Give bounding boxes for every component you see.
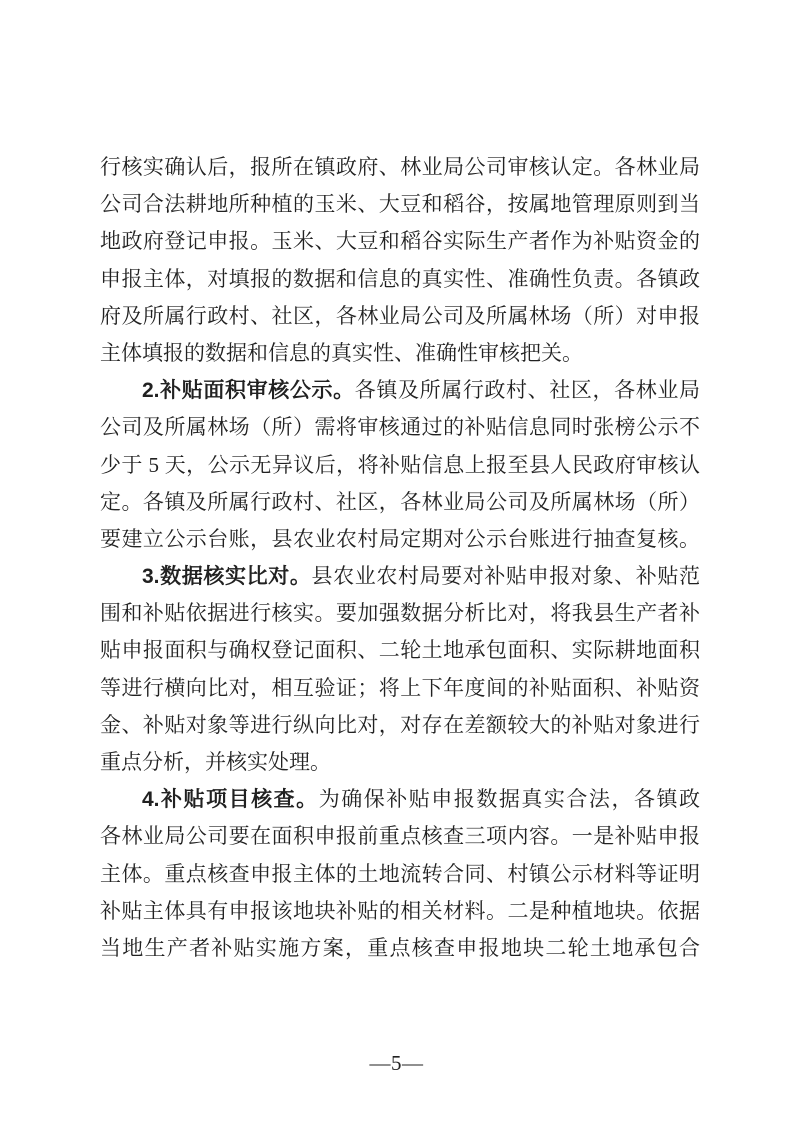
text-line: 主体。重点核查申报主体的土地流转合同、村镇公示材料等证明 — [100, 856, 700, 893]
text-line: 各林业局公司要在面积申报前重点核查三项内容。一是补贴申报 — [100, 818, 700, 855]
text-line: 贴申报面积与确权登记面积、二轮土地承包面积、实际耕地面积 — [100, 632, 700, 669]
line-text: 当地生产者补贴实施方案，重点核查申报地块二轮土地承包合 — [100, 936, 700, 960]
line-text: 主体填报的数据和信息的真实性、准确性审核把关。 — [100, 341, 583, 365]
line-text: 贴申报面积与确权登记面积、二轮土地承包面积、实际耕地面积 — [100, 638, 700, 662]
text-line: 等进行横向比对，相互验证；将上下年度间的补贴面积、补贴资 — [100, 670, 700, 707]
text-line: 补贴主体具有申报该地块补贴的相关材料。二是种植地块。依据 — [100, 893, 700, 930]
text-line: 少于 5 天，公示无异议后，将补贴信息上报至县人民政府审核认 — [100, 447, 700, 484]
line-text: 公司合法耕地所种植的玉米、大豆和稻谷，按属地管理原则到当 — [100, 192, 700, 216]
line-text: 县农业农村局要对补贴申报对象、补贴范 — [311, 564, 700, 588]
text-line: 重点分析，并核实处理。 — [100, 744, 700, 781]
line-text: 定。各镇及所属行政村、社区，各林业局公司及所属林场（所） — [100, 490, 700, 514]
line-text: 金、补贴对象等进行纵向比对，对存在差额较大的补贴对象进行 — [100, 713, 700, 737]
line-text: 围和补贴依据进行核实。要加强数据分析比对，将我县生产者补 — [100, 601, 700, 625]
line-text: 主体。重点核查申报主体的土地流转合同、村镇公示材料等证明 — [100, 862, 700, 886]
paragraph-lead: 3.数据核实比对。 — [142, 565, 311, 588]
line-text: 公司及所属林场（所）需将审核通过的补贴信息同时张榜公示不 — [100, 415, 700, 439]
text-line: 地政府登记申报。玉米、大豆和稻谷实际生产者作为补贴资金的 — [100, 223, 700, 260]
paragraph-lead: 2.补贴面积审核公示。 — [142, 379, 355, 402]
line-text: 各林业局公司要在面积申报前重点核查三项内容。一是补贴申报 — [100, 824, 700, 848]
text-line: 行核实确认后，报所在镇政府、林业局公司审核认定。各林业局 — [100, 149, 700, 186]
text-line-paragraph-start: 2.补贴面积审核公示。各镇及所属行政村、社区，各林业局 — [100, 372, 700, 409]
text-line: 公司合法耕地所种植的玉米、大豆和稻谷，按属地管理原则到当 — [100, 186, 700, 223]
text-line: 要建立公示台账，县农业农村局定期对公示台账进行抽查复核。 — [100, 521, 700, 558]
paragraph-lead: 4.补贴项目核查。 — [142, 788, 319, 811]
text-line-paragraph-start: 3.数据核实比对。县农业农村局要对补贴申报对象、补贴范 — [100, 558, 700, 595]
line-text: 少于 5 天，公示无异议后，将补贴信息上报至县人民政府审核认 — [100, 453, 700, 477]
line-text: 重点分析，并核实处理。 — [100, 750, 331, 774]
text-line: 申报主体，对填报的数据和信息的真实性、准确性负责。各镇政 — [100, 261, 700, 298]
line-text: 府及所属行政村、社区，各林业局公司及所属林场（所）对申报 — [100, 304, 700, 328]
document-text-block: 行核实确认后，报所在镇政府、林业局公司审核认定。各林业局 公司合法耕地所种植的玉… — [100, 149, 700, 967]
page-number: —5— — [0, 1052, 793, 1074]
document-page: 行核实确认后，报所在镇政府、林业局公司审核认定。各林业局 公司合法耕地所种植的玉… — [0, 0, 793, 1122]
text-line: 主体填报的数据和信息的真实性、准确性审核把关。 — [100, 335, 700, 372]
line-text: 行核实确认后，报所在镇政府、林业局公司审核认定。各林业局 — [100, 155, 700, 179]
line-text: 地政府登记申报。玉米、大豆和稻谷实际生产者作为补贴资金的 — [100, 229, 700, 253]
text-line: 当地生产者补贴实施方案，重点核查申报地块二轮土地承包合 — [100, 930, 700, 967]
text-line: 围和补贴依据进行核实。要加强数据分析比对，将我县生产者补 — [100, 595, 700, 632]
text-line: 府及所属行政村、社区，各林业局公司及所属林场（所）对申报 — [100, 298, 700, 335]
line-text: 各镇及所属行政村、社区，各林业局 — [355, 378, 700, 402]
line-text: 等进行横向比对，相互验证；将上下年度间的补贴面积、补贴资 — [100, 676, 700, 700]
text-line-paragraph-start: 4.补贴项目核查。为确保补贴申报数据真实合法，各镇政府、 — [100, 781, 700, 818]
text-line: 公司及所属林场（所）需将审核通过的补贴信息同时张榜公示不 — [100, 409, 700, 446]
text-line: 金、补贴对象等进行纵向比对，对存在差额较大的补贴对象进行 — [100, 707, 700, 744]
text-line: 定。各镇及所属行政村、社区，各林业局公司及所属林场（所） — [100, 484, 700, 521]
line-text: 补贴主体具有申报该地块补贴的相关材料。二是种植地块。依据 — [100, 899, 700, 923]
line-text: 申报主体，对填报的数据和信息的真实性、准确性负责。各镇政 — [100, 267, 700, 291]
line-text: 要建立公示台账，县农业农村局定期对公示台账进行抽查复核。 — [100, 527, 700, 551]
